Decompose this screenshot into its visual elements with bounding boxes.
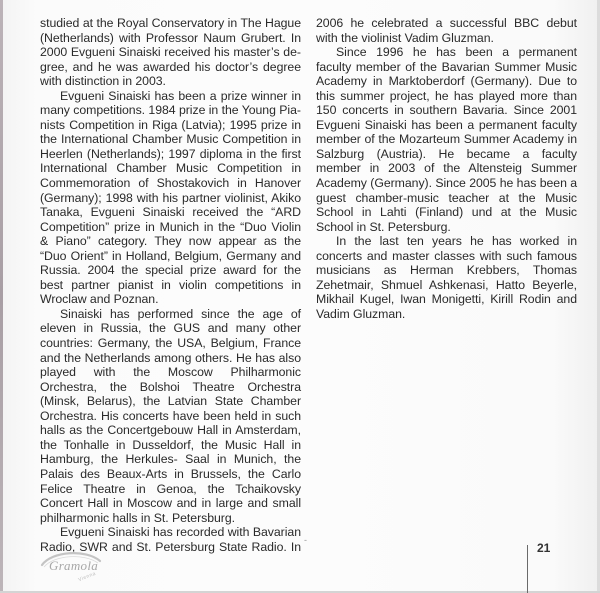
paragraph: In the last ten years he has worked in c… (316, 234, 577, 321)
paragraph: 2006 he celebrated a successful BBC debu… (316, 16, 577, 45)
paragraph: studied at the Royal Conservatory in The… (40, 16, 301, 89)
paragraph: Since 1996 he has been a permanent facul… (316, 45, 577, 234)
booklet-page: studied at the Royal Conservatory in The… (0, 0, 600, 593)
right-text-column: 2006 he celebrated a successful BBC debu… (316, 16, 577, 321)
page-number: 21 (537, 541, 550, 555)
continuation-mark: - (304, 535, 307, 545)
page-number-rule (527, 545, 528, 593)
gramola-logo: Gramola Vienna (38, 547, 104, 587)
paragraph: Evgueni Sinaiski has been a prize winner… (40, 89, 301, 307)
paragraph: Sinaiski has performed since the age of … (40, 307, 301, 525)
left-text-column: studied at the Royal Conservatory in The… (40, 16, 301, 554)
page-left-edge (0, 0, 3, 593)
